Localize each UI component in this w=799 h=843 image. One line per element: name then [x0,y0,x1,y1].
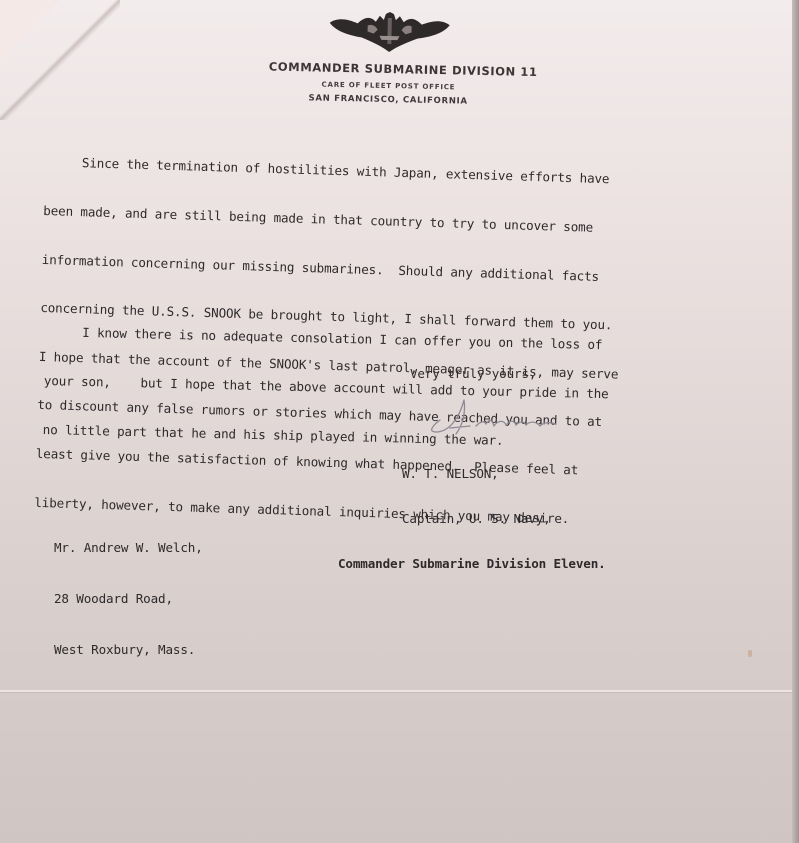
signer-name: W. T. NELSON, [338,466,606,481]
handwritten-signature [420,392,570,438]
letterhead-city: SAN FRANCISCO, CALIFORNIA [268,92,508,107]
recipient-city: West Roxbury, Mass. [54,641,203,658]
paper-right-edge [792,0,799,843]
body-line: been made, and are still being made in t… [43,203,623,237]
letterhead-title: COMMANDER SUBMARINE DIVISION 11 [269,59,509,78]
letter-sheet: COMMANDER SUBMARINE DIVISION 11 CARE OF … [0,0,792,843]
body-line: I know there is no adequate consolation … [45,324,610,354]
recipient-street: 28 Woodard Road, [54,590,203,607]
page-corner-edge [0,0,120,120]
closing-salutation: Very truly yours, [410,366,536,382]
paper-stain [748,650,752,657]
signature-block: W. T. NELSON, Captain, U. S. Navy, Comma… [338,436,606,601]
letterhead-care-of: CARE OF FLEET POST OFFICE [268,79,508,92]
recipient-name: Mr. Andrew W. Welch, [54,539,203,556]
body-line: information concerning our missing subma… [42,252,622,286]
signer-rank: Captain, U. S. Navy, [338,511,606,526]
photo-of-letter: COMMANDER SUBMARINE DIVISION 11 CARE OF … [0,0,799,843]
letterhead: COMMANDER SUBMARINE DIVISION 11 CARE OF … [268,9,510,107]
body-line: Since the termination of hostilities wit… [45,154,625,188]
recipient-address: Mr. Andrew W. Welch, 28 Woodard Road, We… [54,505,203,692]
signer-position: Commander Submarine Division Eleven. [338,556,606,571]
submarine-dolphins-insignia-icon [327,11,452,56]
